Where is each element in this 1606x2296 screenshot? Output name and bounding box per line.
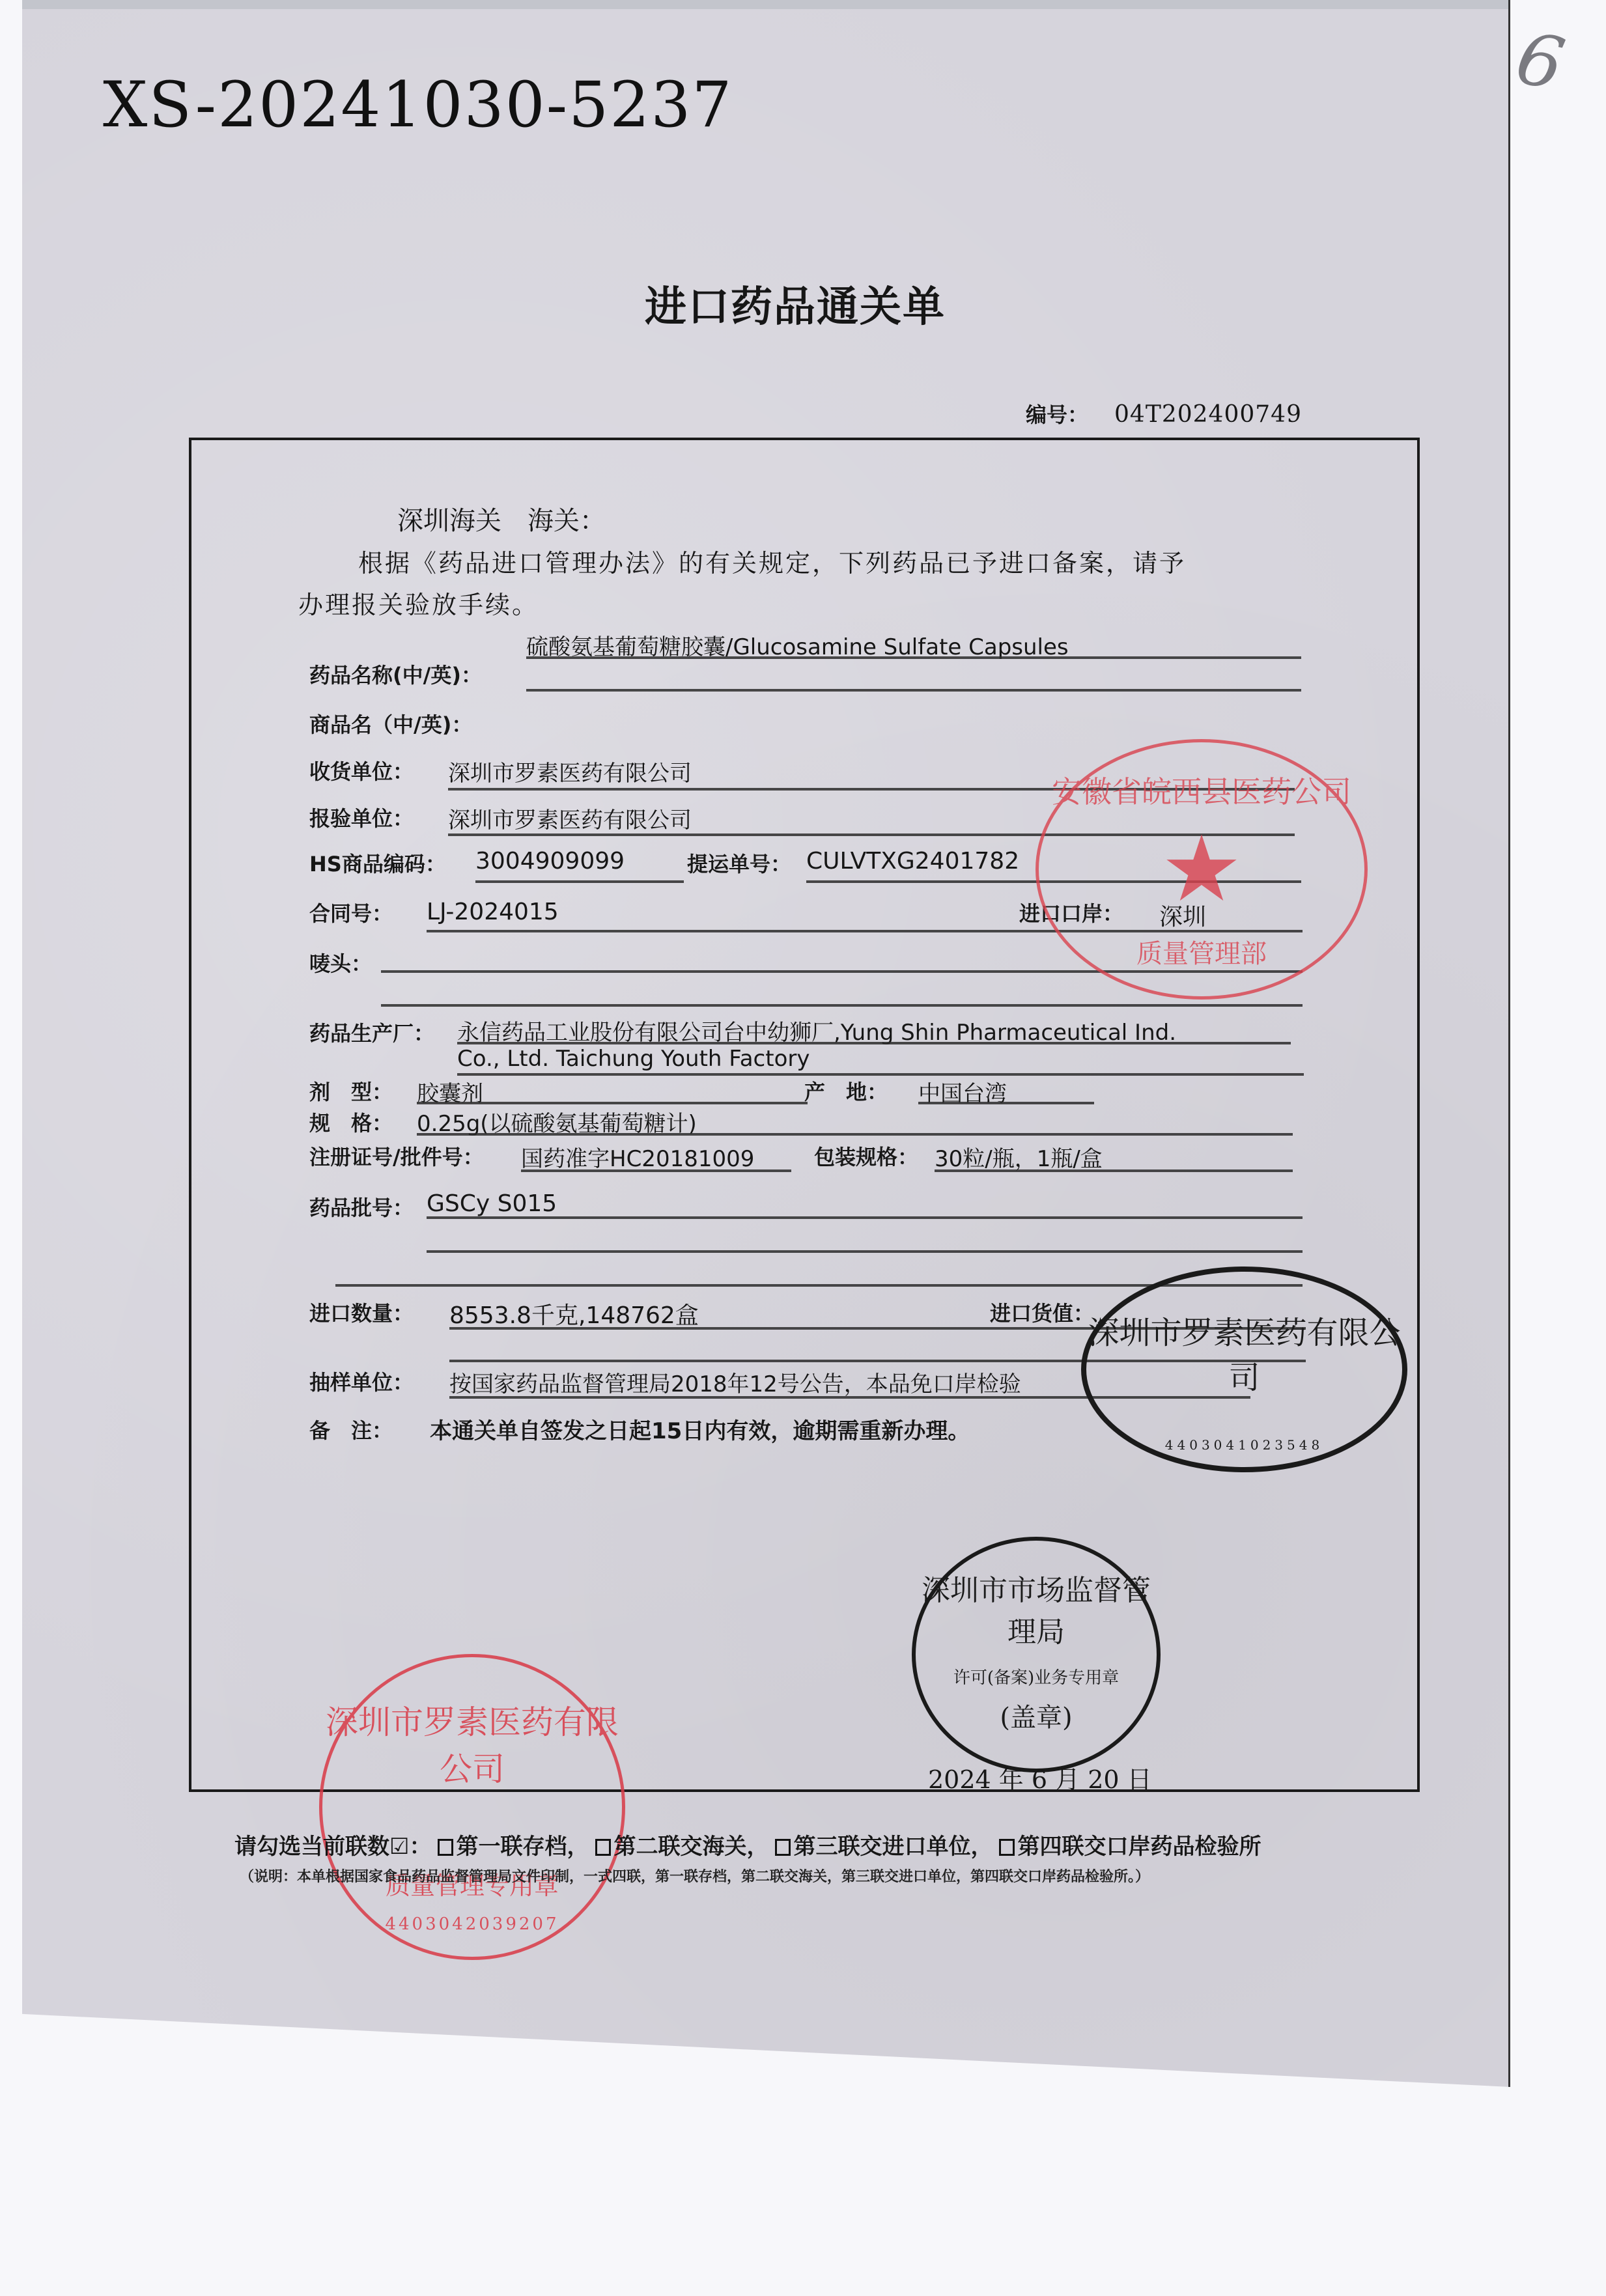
specification-label: 规 格： [309,1107,393,1137]
scanner-edge [22,0,1508,9]
bill-of-lading-value: CULVTXG2401782 [806,848,1019,875]
checkbox-copy-3[interactable] [775,1839,791,1856]
consignee-label: 收货单位： [309,755,414,785]
serial-number: XS-20241030-5237 [103,68,733,141]
checkbox-copy-2[interactable] [595,1839,611,1856]
packaging-label: 包装规格： [814,1141,918,1171]
copy-option-3: 第三联交进口单位， [793,1834,993,1860]
intro-line-1: 根据《药品进口管理办法》的有关规定，下列药品已予进口备案，请予 [358,543,1186,579]
star-icon: ★ [1161,817,1243,923]
sampling-unit-label: 抽样单位： [309,1366,414,1396]
copy-option-2: 第二联交海关， [613,1834,768,1860]
drug-name-label: 药品名称(中/英)： [309,659,482,689]
handwritten-page-mark: 6 [1509,16,1571,107]
bill-of-lading-label: 提运单号： [687,848,791,878]
dosage-form-label: 剂 型： [309,1076,393,1106]
black-seal-market-supervision: 深圳市市场监督管理局 许可(备案)业务专用章 (盖章) [912,1537,1161,1772]
intro-line-2: 办理报关验放手续。 [298,585,539,621]
trade-name-label: 商品名（中/英)： [309,708,472,738]
registration-no-value: 国药准字HC20181009 [521,1141,754,1173]
black-seal-luosu-pharma: 深圳市罗素医药有限公司 4403041023548 [1081,1267,1407,1472]
underline [457,1042,1291,1044]
addressee: 深圳海关 海关： [397,500,606,537]
registration-no-label: 注册证号/批件号： [309,1141,484,1171]
red-seal-luosu-quality: 深圳市罗素医药有限公司 质量管理专用章 4403042039207 [319,1654,625,1960]
remarks-value: 本通关单自签发之日起15日内有效，逾期需重新办理。 [430,1413,970,1445]
shipping-mark-label: 唛头： [309,947,372,977]
origin-label: 产 地： [804,1076,888,1106]
manufacturer-label: 药品生产厂： [309,1017,434,1047]
import-quantity-label: 进口数量： [309,1297,414,1327]
issue-date: 2024 年 6 月 20 日 [928,1759,1152,1795]
manufacturer-line-2: Co., Ltd. Taichung Youth Factory [457,1046,810,1072]
underline [918,1102,1094,1104]
underline [521,1169,791,1172]
copy-option-1: 第一联存档， [456,1834,589,1860]
copy-selection: 请勾选当前联数☑：第一联存档，第二联交海关，第三联交进口单位，第四联交口岸药品检… [234,1828,1261,1860]
underline [475,880,684,883]
packaging-value: 30粒/瓶，1瓶/盒 [935,1141,1103,1173]
import-value-label: 进口货值： [990,1297,1094,1327]
hs-code-label: HS商品编码： [309,848,446,878]
underline [427,1216,1303,1219]
import-quantity-value: 8553.8千克,148762盒 [449,1297,699,1330]
inspection-applicant-value: 深圳市罗素医药有限公司 [448,802,692,834]
underline [381,1004,1303,1007]
document-number-label: 编号： [1026,402,1088,427]
underline [427,1250,1303,1253]
checkbox-copy-1[interactable] [438,1839,453,1856]
sampling-unit-value: 按国家药品监督管理局2018年12号公告，本品免口岸检验 [449,1366,1021,1398]
copy-note: （说明：本单根据国家食品药品监督管理局文件印制，一式四联，第一联存档，第二联交海… [240,1866,1149,1886]
underline [526,656,1301,659]
red-seal-wanxi-pharma: 安徽省皖西县医药公司 ★ 质量管理部 [1035,739,1368,1000]
batch-no-value: GSCy S015 [427,1190,557,1217]
consignee-value: 深圳市罗素医药有限公司 [448,755,692,787]
contract-no-label: 合同号： [309,897,393,927]
underline [417,1133,1293,1136]
copy-option-4: 第四联交口岸药品检验所 [1017,1834,1261,1860]
inspection-applicant-label: 报验单位： [309,802,414,832]
document-number-value: 04T202400749 [1114,401,1302,428]
underline [526,689,1301,692]
document-number: 编号：04T202400749 [1026,399,1302,428]
underline [417,1102,808,1104]
copy-selection-prompt: 请勾选当前联数☑： [234,1834,431,1860]
hs-code-value: 3004909099 [475,848,625,875]
checkbox-copy-4[interactable] [999,1839,1015,1856]
batch-no-label: 药品批号： [309,1192,414,1222]
contract-no-value: LJ-2024015 [427,899,559,925]
underline [935,1169,1293,1172]
remarks-label: 备 注： [309,1414,393,1444]
document-title: 进口药品通关单 [645,273,946,333]
